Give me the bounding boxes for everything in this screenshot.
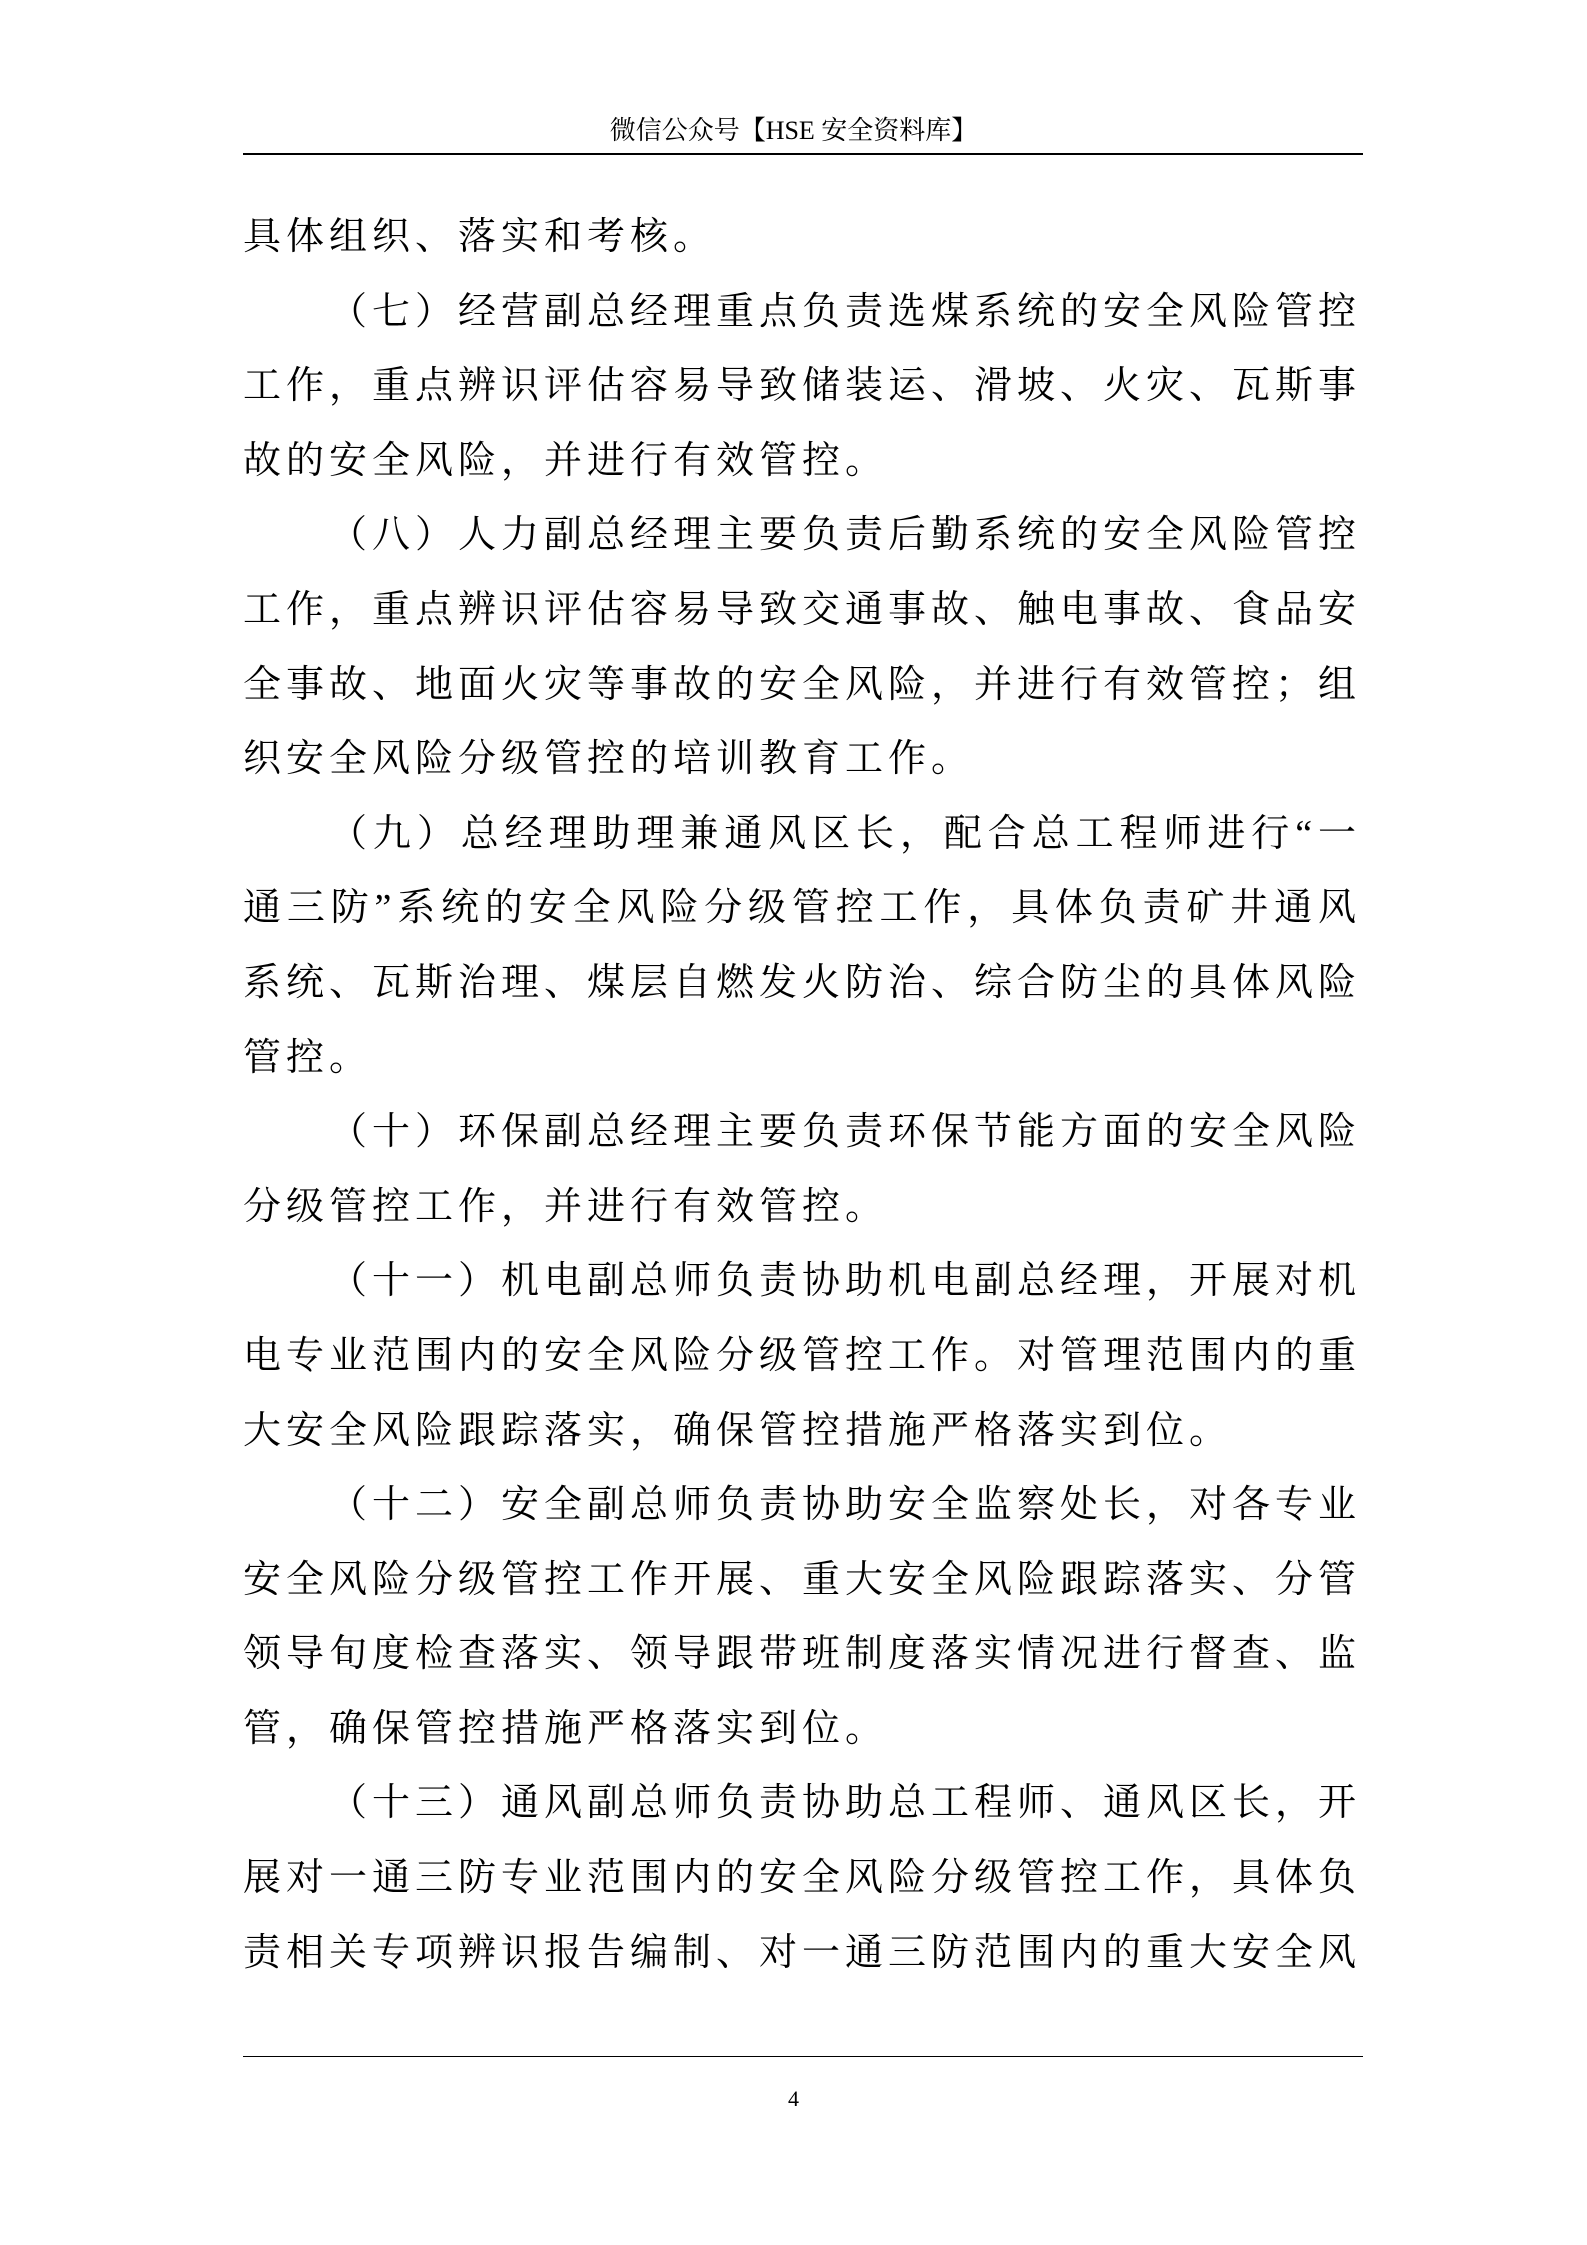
text-line: 故的安全风险，并进行有效管控。 bbox=[243, 424, 1361, 499]
text-line: 责相关专项辨识报告编制、对一通三防范围内的重大安全风 bbox=[243, 1916, 1361, 1991]
text-line: 分级管控工作，并进行有效管控。 bbox=[243, 1170, 1361, 1245]
text-line: 具体组织、落实和考核。 bbox=[243, 200, 1361, 275]
text-line: （十一）机电副总师负责协助机电副总经理，开展对机 bbox=[243, 1244, 1361, 1319]
document-page: 微信公众号【HSE 安全资料库】 具体组织、落实和考核。 （七）经营副总经理重点… bbox=[0, 0, 1587, 2245]
text-line: （七）经营副总经理重点负责选煤系统的安全风险管控 bbox=[243, 275, 1361, 350]
text-line: （九）总经理助理兼通风区长，配合总工程师进行“一 bbox=[243, 797, 1361, 872]
page-number: 4 bbox=[0, 2086, 1587, 2112]
header-divider bbox=[243, 153, 1363, 155]
text-line: 展对一通三防专业范围内的安全风险分级管控工作，具体负 bbox=[243, 1841, 1361, 1916]
text-line: （十二）安全副总师负责协助安全监察处长，对各专业 bbox=[243, 1468, 1361, 1543]
text-line: （十）环保副总经理主要负责环保节能方面的安全风险 bbox=[243, 1095, 1361, 1170]
footer-divider bbox=[243, 2056, 1363, 2057]
text-line: 通三防”系统的安全风险分级管控工作，具体负责矿井通风 bbox=[243, 871, 1361, 946]
text-line: 管，确保管控措施严格落实到位。 bbox=[243, 1692, 1361, 1767]
running-header: 微信公众号【HSE 安全资料库】 bbox=[0, 114, 1587, 148]
body-text: 具体组织、落实和考核。 （七）经营副总经理重点负责选煤系统的安全风险管控 工作，… bbox=[243, 200, 1361, 1990]
text-line: 电专业范围内的安全风险分级管控工作。对管理范围内的重 bbox=[243, 1319, 1361, 1394]
text-line: 大安全风险跟踪落实，确保管控措施严格落实到位。 bbox=[243, 1394, 1361, 1469]
text-line: 领导旬度检查落实、领导跟带班制度落实情况进行督查、监 bbox=[243, 1617, 1361, 1692]
text-line: （八）人力副总经理主要负责后勤系统的安全风险管控 bbox=[243, 498, 1361, 573]
text-line: （十三）通风副总师负责协助总工程师、通风区长，开 bbox=[243, 1766, 1361, 1841]
text-line: 全事故、地面火灾等事故的安全风险，并进行有效管控；组 bbox=[243, 648, 1361, 723]
text-line: 工作，重点辨识评估容易导致交通事故、触电事故、食品安 bbox=[243, 573, 1361, 648]
text-line: 系统、瓦斯治理、煤层自燃发火防治、综合防尘的具体风险 bbox=[243, 946, 1361, 1021]
text-line: 织安全风险分级管控的培训教育工作。 bbox=[243, 722, 1361, 797]
text-line: 工作，重点辨识评估容易导致储装运、滑坡、火灾、瓦斯事 bbox=[243, 349, 1361, 424]
text-line: 管控。 bbox=[243, 1021, 1361, 1096]
text-line: 安全风险分级管控工作开展、重大安全风险跟踪落实、分管 bbox=[243, 1543, 1361, 1618]
